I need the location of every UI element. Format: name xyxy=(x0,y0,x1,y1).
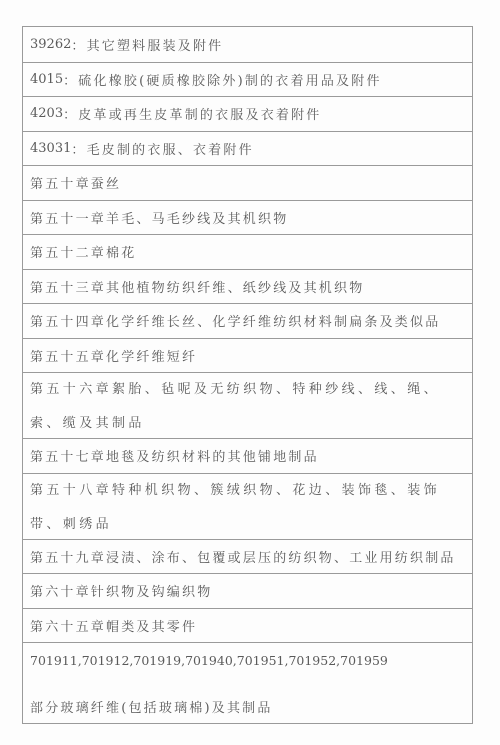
row-text: 第五十九章浸渍、涂布、包覆或层压的纺织物、工业用纺织制品 xyxy=(30,547,456,566)
row-text: 第五十八章特种机织物、簇绒织物、花边、装饰毯、装饰带、刺绣品 xyxy=(30,474,466,542)
table-row: 第五十四章化学纤维长丝、化学纤维纺织材料制扁条及类似品 xyxy=(23,303,472,338)
table-row: 第六十章针织物及钩编织物 xyxy=(23,573,472,608)
table-row: 4203：皮革或再生皮革制的衣服及衣着附件 xyxy=(23,96,472,131)
table-row: 第五十二章棉花 xyxy=(23,234,472,269)
hs-code: 4203 xyxy=(30,106,63,121)
table-row: 39262：其它塑料服装及附件 xyxy=(23,27,472,62)
hs-code: 39262 xyxy=(30,37,71,52)
separator: ： xyxy=(63,70,78,89)
row-text: 第五十一章羊毛、马毛纱线及其机织物 xyxy=(30,208,288,227)
table-row: 第五十章蚕丝 xyxy=(23,165,472,200)
table-row: 第五十七章地毯及纺织材料的其他铺地制品 xyxy=(23,438,472,473)
row-text: 第五十四章化学纤维长丝、化学纤维纺织材料制扁条及类似品 xyxy=(30,311,440,330)
table-row: 第五十五章化学纤维短纤 xyxy=(23,338,472,373)
table-row: 第六十五章帽类及其零件 xyxy=(23,608,472,643)
table-row: 第五十一章羊毛、马毛纱线及其机织物 xyxy=(23,200,472,235)
row-text: 皮革或再生皮革制的衣服及衣着附件 xyxy=(78,104,321,123)
row-text: 第五十三章其他植物纺织纤维、纸纱线及其机织物 xyxy=(30,277,364,296)
row-text: 第五十章蚕丝 xyxy=(30,173,121,192)
row-text: 第六十五章帽类及其零件 xyxy=(30,616,197,635)
table-row: 43031：毛皮制的衣服、衣着附件 xyxy=(23,131,472,166)
row-text: 第六十章针织物及钩编织物 xyxy=(30,581,212,600)
table-row: 701911,701912,701919,701940,701951,70195… xyxy=(23,642,472,723)
table-row: 4015：硫化橡胶(硬质橡胶除外)制的衣着用品及附件 xyxy=(23,62,472,97)
row-text: 硫化橡胶(硬质橡胶除外)制的衣着用品及附件 xyxy=(78,70,381,89)
separator: ： xyxy=(71,35,86,54)
table-row: 第五十六章絮胎、毡呢及无纺织物、特种纱线、线、绳、索、缆及其制品 xyxy=(23,372,472,438)
table-row: 第五十九章浸渍、涂布、包覆或层压的纺织物、工业用纺织制品 xyxy=(23,539,472,574)
row-text: 第五十六章絮胎、毡呢及无纺织物、特种纱线、线、绳、索、缆及其制品 xyxy=(30,373,466,441)
row-text: 其它塑料服装及附件 xyxy=(87,35,224,54)
hs-code: 4015 xyxy=(30,72,63,87)
hs-code: 43031 xyxy=(30,141,71,156)
hs-code-list: 701911,701912,701919,701940,701951,70195… xyxy=(30,653,388,668)
table-row: 第五十八章特种机织物、簇绒织物、花边、装饰毯、装饰带、刺绣品 xyxy=(23,473,472,539)
separator: ： xyxy=(71,139,86,158)
table-row: 第五十三章其他植物纺织纤维、纸纱线及其机织物 xyxy=(23,269,472,304)
row-text: 部分玻璃纤维(包括玻璃棉)及其制品 xyxy=(30,697,273,716)
row-text: 第五十二章棉花 xyxy=(30,242,136,261)
separator: ： xyxy=(63,104,78,123)
row-text: 第五十七章地毯及纺织材料的其他铺地制品 xyxy=(30,446,319,465)
product-list-table: 39262：其它塑料服装及附件 4015：硫化橡胶(硬质橡胶除外)制的衣着用品及… xyxy=(22,26,473,724)
row-text: 毛皮制的衣服、衣着附件 xyxy=(87,139,254,158)
row-text: 第五十五章化学纤维短纤 xyxy=(30,346,197,365)
